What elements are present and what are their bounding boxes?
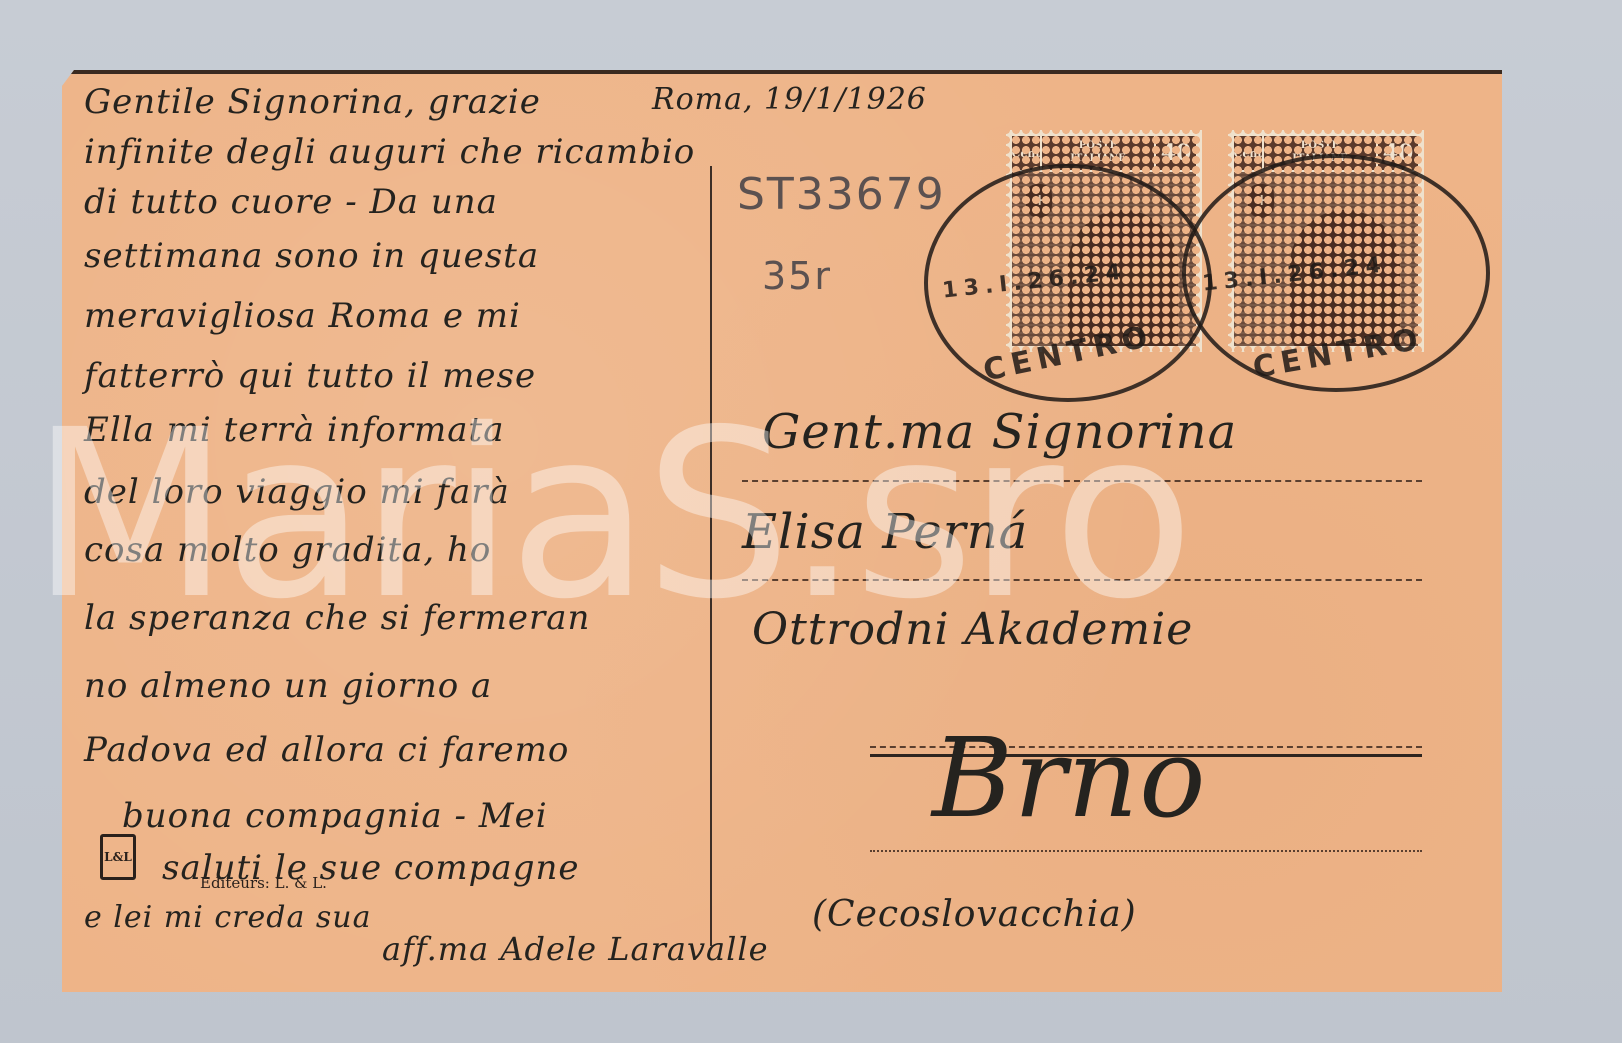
stamp-title-top: POSTE [1042,139,1154,152]
address-city: Brno [932,714,1207,842]
message-line: fatterrò qui tutto il mese [84,356,536,396]
message-line: no almeno un giorno a [84,666,492,706]
address-line-2: Elisa Perná [742,504,1028,560]
publisher-credit: Editeurs: L. & L. [200,874,327,892]
message-line: meravigliosa Roma e mi [84,296,521,336]
address-line-1: Gent.ma Signorina [762,404,1237,460]
message-line: la speranza che si fermeran [84,598,590,638]
stamp-title-bottom: ITALIANE [1042,152,1154,165]
postcard: Roma, 19/1/1926 Gentile Signorina, grazi… [62,70,1502,992]
address-line-3: Ottrodni Akademie [752,604,1193,655]
stamp-cent-label: Cent [1012,136,1042,170]
stamp-value: 40 [1156,136,1196,170]
place-date: Roma, 19/1/1926 [652,82,927,117]
center-divider [710,166,712,946]
message-line: del loro viaggio mi farà [84,472,510,512]
message-line: Ella mi terrà informata [84,410,504,450]
address-rule [742,579,1422,581]
message-line: Padova ed allora ci faremo [84,730,569,770]
address-rule [870,850,1422,852]
message-line: cosa molto gradita, ho [84,530,491,570]
message-line: settimana sono in questa [84,236,539,276]
address-rule [742,480,1422,482]
message-line: infinite degli auguri che ricambio [84,132,695,172]
message-line: e lei mi creda sua [84,900,371,935]
message-line: di tutto cuore - Da una [84,182,498,222]
message-line: buona compagnia - Mei [122,796,548,836]
address-country: (Cecoslovacchia) [812,894,1137,935]
message-line: Gentile Signorina, grazie [84,82,541,122]
publisher-logo: L&L [100,834,136,880]
stamp-cent-label: Cent [1234,136,1264,170]
stamp-title-top: POSTE [1264,139,1376,152]
pencil-price: 35r [762,254,832,298]
pencil-inventory-number: ST33679 [737,169,946,220]
